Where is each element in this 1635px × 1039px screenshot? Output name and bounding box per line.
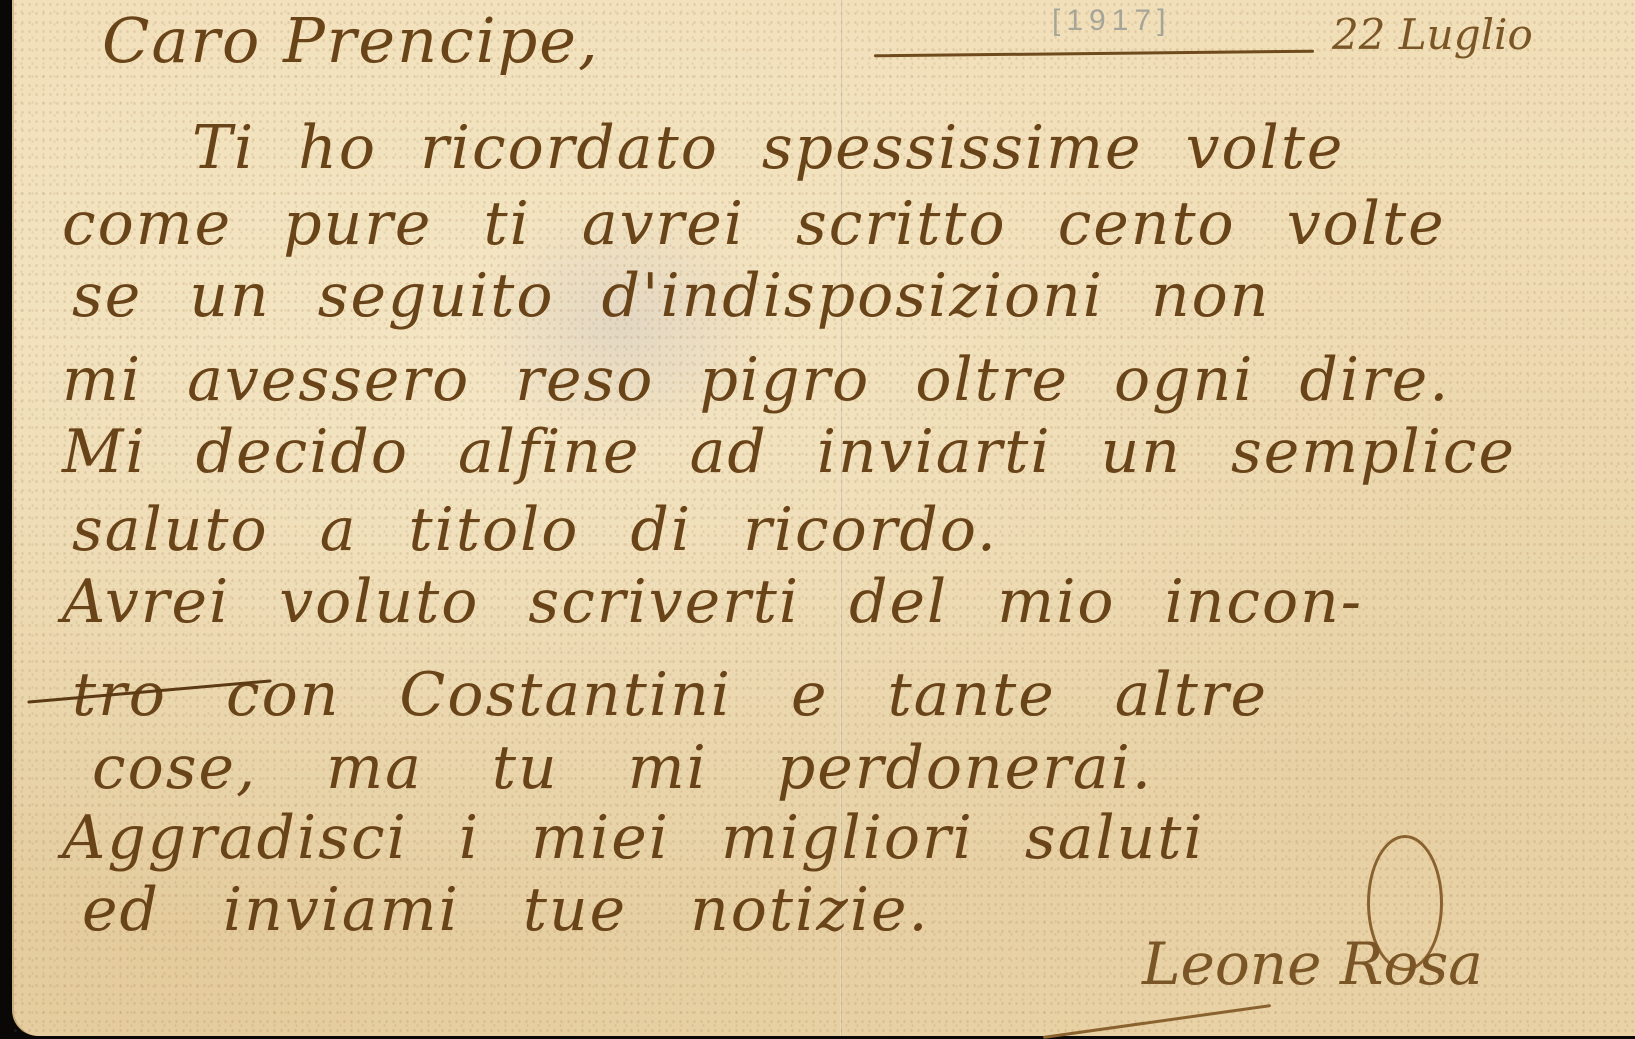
letter-line: saluto a titolo di ricordo.	[72, 500, 998, 560]
signature-underline	[1043, 1004, 1271, 1036]
letter-line: Aggradisci i miei migliori saluti	[62, 808, 1205, 868]
letter-line: come pure ti avrei scritto cento volte	[62, 194, 1446, 254]
salutation: Caro Prencipe,	[102, 10, 600, 72]
date-underline	[874, 50, 1314, 58]
letter-line: Mi decido alfine ad inviarti un semplice	[62, 422, 1516, 482]
letter-line: cose, ma tu mi perdonerai.	[92, 738, 1153, 798]
signature: Leone Rosa	[1142, 930, 1483, 998]
postcard: [1917] 22 Luglio Caro Prencipe, Ti ho ri…	[12, 0, 1635, 1036]
letter-line: Avrei voluto scriverti del mio incon-	[62, 572, 1363, 632]
letter-line: Ti ho ricordato spessissime volte	[192, 118, 1344, 178]
letter-line: se un seguito d'indisposizioni non	[72, 266, 1270, 326]
letter-line: mi avessero reso pigro oltre ogni dire.	[62, 350, 1450, 410]
letter-date: 22 Luglio	[1332, 10, 1533, 59]
archival-pencil-annotation: [1917]	[1052, 4, 1171, 38]
letter-line: ed inviami tue notizie.	[82, 880, 930, 940]
letter-line: tro con Costantini e tante altre	[72, 665, 1268, 725]
